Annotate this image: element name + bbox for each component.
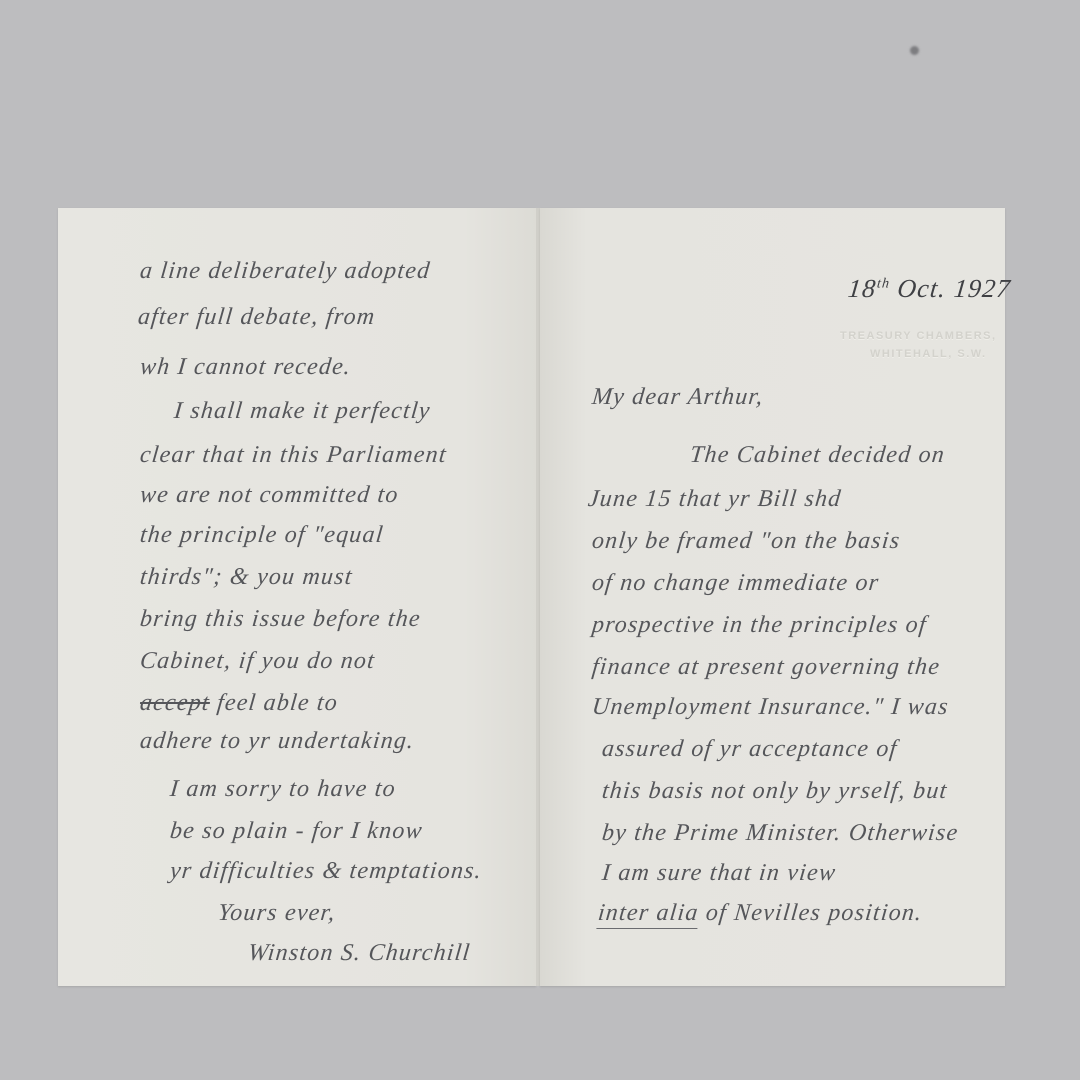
date-rest: Oct. 1927 bbox=[896, 274, 1012, 303]
letter-line: inter alia of Nevilles position. bbox=[597, 900, 924, 927]
letter-line: thirds"; & you must bbox=[139, 564, 354, 591]
letter-line: June 15 that yr Bill shd bbox=[587, 486, 843, 513]
letter-line-text: of Nevilles position. bbox=[705, 900, 924, 926]
letter-line: bring this issue before the bbox=[139, 606, 423, 633]
left-page: a line deliberately adopted after full d… bbox=[58, 208, 536, 986]
letter-line: prospective in the principles of bbox=[591, 612, 929, 639]
letter-line: this basis not only by yrself, but bbox=[601, 778, 949, 805]
letter-line: adhere to yr undertaking. bbox=[139, 728, 416, 755]
letter-line: Cabinet, if you do not bbox=[139, 648, 377, 675]
letter-line: Unemployment Insurance." I was bbox=[591, 694, 951, 721]
letter-line: wh I cannot recede. bbox=[139, 354, 353, 381]
letter-line: accept feel able to bbox=[139, 690, 340, 717]
underlined-phrase: inter alia bbox=[596, 900, 700, 929]
salutation: My dear Arthur, bbox=[591, 384, 765, 411]
letter-line: a line deliberately adopted bbox=[139, 258, 432, 285]
letter-date: 18th Oct. 1927 bbox=[846, 274, 1012, 304]
letter-line-text: feel able to bbox=[216, 690, 340, 716]
dust-speck bbox=[910, 46, 919, 55]
letter-line: we are not committed to bbox=[139, 482, 401, 509]
closing: Yours ever, bbox=[217, 900, 338, 927]
letter-line: the principle of "equal bbox=[139, 522, 385, 549]
letter-line: clear that in this Parliament bbox=[139, 442, 449, 469]
letterhead-line-2: WHITEHALL, S.W. bbox=[870, 348, 987, 360]
signature: Winston S. Churchill bbox=[247, 940, 472, 967]
right-page: 18th Oct. 1927 TREASURY CHAMBERS, WHITEH… bbox=[540, 208, 1005, 986]
letter-line: only be framed "on the basis bbox=[591, 528, 902, 555]
letter-line: after full debate, from bbox=[137, 304, 377, 331]
struck-word: accept bbox=[139, 690, 212, 716]
letter-line: I am sorry to have to bbox=[169, 776, 398, 803]
letter-line: The Cabinet decided on bbox=[689, 442, 947, 469]
letter-line: by the Prime Minister. Otherwise bbox=[601, 820, 960, 847]
letter-line: assured of yr acceptance of bbox=[601, 736, 899, 763]
letter-line: I shall make it perfectly bbox=[173, 398, 432, 425]
date-suffix: th bbox=[876, 276, 891, 291]
letter-line: of no change immediate or bbox=[591, 570, 881, 597]
letter-line: finance at present governing the bbox=[591, 654, 942, 681]
letter-line: be so plain - for I know bbox=[169, 818, 425, 845]
letter-line: I am sure that in view bbox=[601, 860, 838, 887]
date-day: 18 bbox=[847, 274, 878, 303]
letter-line: yr difficulties & temptations. bbox=[169, 858, 484, 885]
letterhead-line-1: TREASURY CHAMBERS, bbox=[840, 330, 997, 342]
